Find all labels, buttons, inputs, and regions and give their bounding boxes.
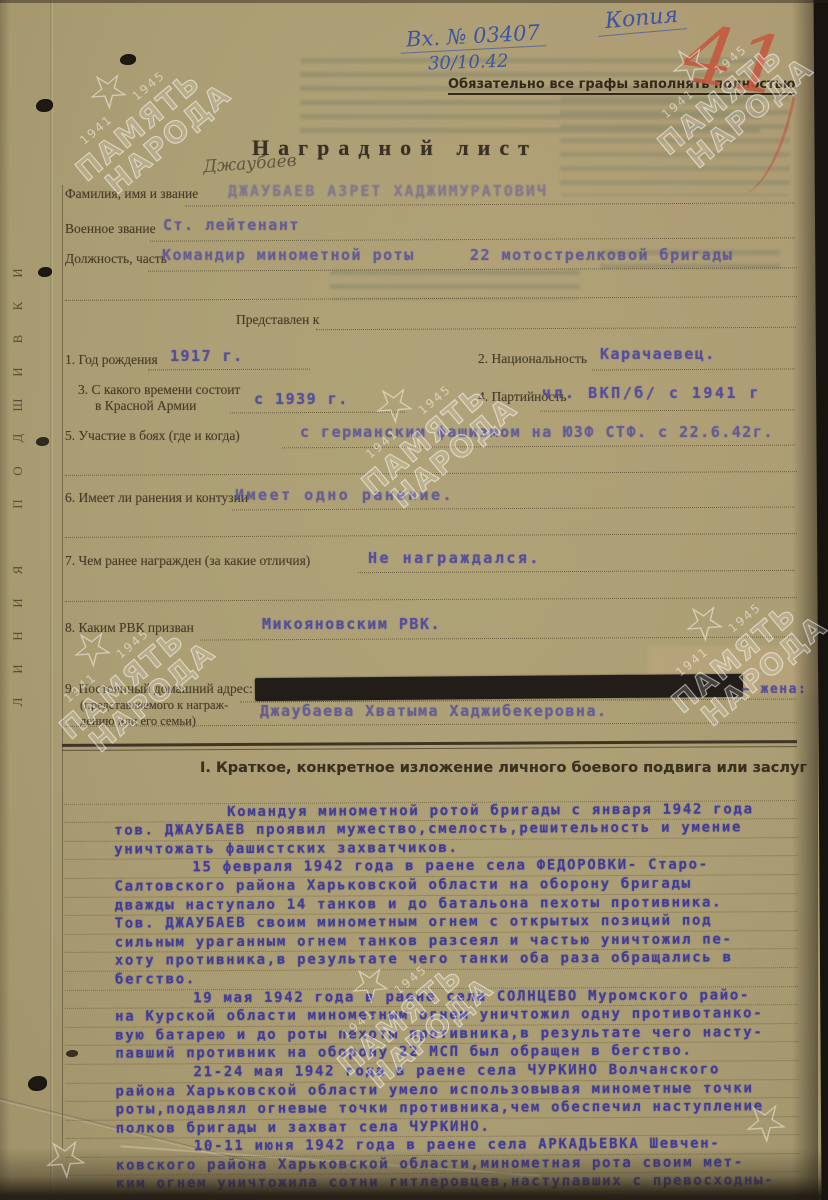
field-wounds-value: Имеет одно ранение. [235, 486, 454, 504]
margin-letter: Д [10, 429, 32, 447]
star-icon: ☆ [16, 7, 200, 172]
award-sheet-scan: ИКВИШДОПЯИНИЛ Вх. № 03407 30/10.42 Копия… [0, 0, 828, 1200]
dotted-line [540, 408, 795, 411]
dotted-line [148, 368, 310, 371]
vertical-fold-crease [50, 0, 53, 1200]
margin-letter: Ш [10, 396, 32, 414]
page-top-edge [0, 0, 828, 3]
field-rank-value: Ст. лейтенант [163, 216, 300, 234]
field-position-value: Командир минометной роты [162, 246, 415, 264]
field-address-label3: дению или его семьи) [80, 714, 196, 729]
field-battles-value: с германским фашизмом на ЮЗФ СТФ. с 22.6… [300, 423, 774, 441]
field-service-value: с 1939 г. [254, 390, 349, 408]
form-left-rule [62, 185, 63, 1150]
field-name-label: Фамилия, имя и звание [65, 186, 198, 202]
field-service-label2: в Красной Армии [95, 398, 196, 414]
margin-letter [10, 528, 32, 546]
field-address-label2: (представляемого к награж- [80, 698, 228, 713]
margin-letter: О [10, 462, 32, 480]
margin-letter: Я [10, 561, 32, 579]
field-awards-label: 7. Чем ранее награжден (за какие отличия… [65, 553, 310, 569]
incoming-date-note: 30/10.42 [428, 51, 509, 75]
margin-letter: В [10, 330, 32, 348]
field-name-value: ДЖАУБАЕВ АЗРЕТ ХАДЖИМУРАТОВИЧ [228, 182, 548, 200]
field-address-label: 9. Постоянный домашний адрес: [65, 681, 253, 697]
field-nationality-value: Карачаевец. [600, 345, 716, 363]
dotted-line [65, 532, 797, 538]
copy-note: Копия [596, 2, 687, 37]
binding-line-caption: ИКВИШДОПЯИНИЛ [12, 262, 30, 724]
punch-hole [120, 54, 136, 65]
dotted-line [185, 201, 795, 206]
field-awards-value: Не награждался. [368, 549, 541, 567]
field-rank-label: Военное звание [65, 221, 156, 237]
page-right-shadow [792, 0, 818, 1200]
ink-blot [66, 1050, 78, 1057]
dotted-line [316, 326, 796, 331]
field-nationality-label: 2. Национальность [478, 351, 587, 367]
paper-left-shade [0, 0, 10, 1200]
punch-hole [36, 437, 49, 446]
dotted-line [230, 411, 405, 414]
punch-hole [38, 267, 52, 277]
dotted-line [65, 596, 797, 602]
margin-letter: И [10, 594, 32, 612]
dotted-line [282, 444, 795, 449]
margin-letter: И [10, 660, 32, 678]
watermark: ☆ 19411945 ПАМЯТЬ НАРОДА [0, 565, 228, 783]
dotted-line [358, 569, 795, 573]
combat-description-lines: Командуя минометной ротой бригады с янва… [64, 782, 799, 1195]
dotted-line [232, 506, 795, 511]
punch-hole [36, 99, 53, 112]
field-position-label: Должность, часть [65, 251, 167, 267]
watermark-years: 19411945 [328, 352, 490, 491]
field-rvk-value: Микояновским РВК. [262, 615, 441, 633]
field-party-value: чл. ВКП/б/ с 1941 г [542, 384, 761, 402]
dotted-line [65, 470, 797, 476]
margin-letter: Л [10, 693, 32, 711]
punch-hole [28, 1076, 47, 1091]
margin-letter: Н [10, 627, 32, 645]
field-service-label: 3. С какого времени состоит [78, 382, 240, 398]
margin-letter: И [10, 363, 32, 381]
section1-heading: I. Краткое, конкретное изложение личного… [200, 760, 807, 776]
dotted-line [592, 367, 795, 370]
redaction-bar [255, 674, 743, 701]
margin-letter: И [10, 264, 32, 282]
field-rvk-label: 8. Каким РВК призван [65, 620, 194, 636]
field-position-unit-value: 22 мотострелковой бригады [470, 246, 733, 264]
margin-letter: К [10, 297, 32, 315]
presented-to-label: Представлен к [236, 312, 319, 328]
watermark-text: ПАМЯТЬ [51, 49, 226, 204]
field-battles-label: 5. Участие в боях (где и когда) [65, 428, 240, 444]
field-birth-label: 1. Год рождения [65, 352, 158, 368]
page-bottom-shadow [0, 1148, 828, 1200]
dotted-line [150, 236, 795, 241]
dotted-line [200, 635, 795, 640]
incoming-number-note: Вх. № 03407 [399, 20, 546, 54]
pencil-surname-note: Джаубаев [202, 151, 297, 177]
field-address-value: Джаубаева Хватыма Хаджибекеровна. [260, 702, 608, 720]
margin-letter: П [10, 495, 32, 513]
section-separator [62, 746, 797, 751]
field-wounds-label: 6. Имеет ли ранения и контузии [65, 490, 248, 506]
field-birth-value: 1917 г. [170, 347, 244, 365]
